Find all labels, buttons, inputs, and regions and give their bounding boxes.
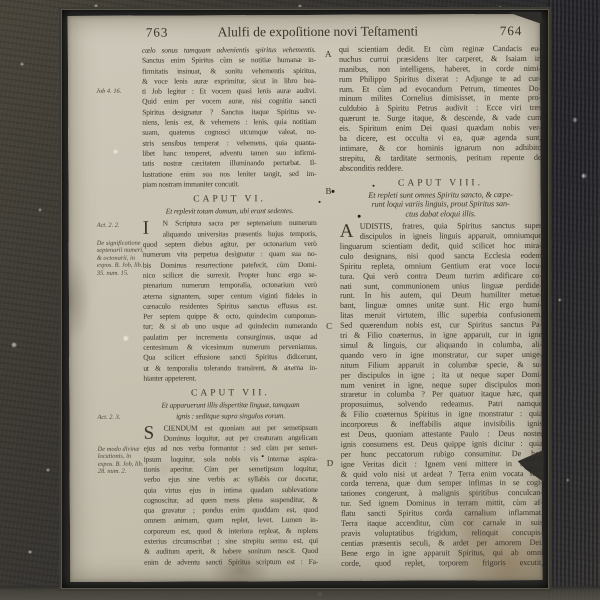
text-line: per hunc peccatorum rubigo consumitur. D… — [341, 449, 543, 460]
text-line: Bene ergo in igne apparuit Spiritus, qui… — [341, 548, 543, 559]
paragraph: cœlo sonus tamquam advenientis spiritus … — [142, 45, 317, 190]
ink-spot — [373, 185, 375, 187]
text-line: corde, quod replet, torporem frigoris ex… — [341, 557, 543, 568]
right-column: qui scientiam dedit. Et cùm reginæ Canda… — [339, 44, 543, 568]
text-line: Quid enim per vocem auræ, nisi cognitio … — [142, 96, 316, 107]
drop-cap: S — [144, 423, 155, 442]
text-line: firmitatis insinuat, & sonitu vehementis… — [142, 66, 316, 77]
text-line: Sanctus enim Spiritus cùm se notitiæ hum… — [142, 55, 316, 66]
ink-spot — [262, 455, 264, 457]
text-line: cœnaculo residentes Spiritus sanctus eff… — [143, 301, 317, 312]
text-line: intimare, & cor hominis ignarum non adhi… — [339, 143, 541, 154]
text-line: Qua scilicet effusione sancti Spiritus d… — [143, 352, 317, 363]
text-line: igne Veritas dicit : Ignem veni mittere … — [341, 459, 543, 470]
text-line: numerum vita perpetua designatur : quam … — [143, 249, 317, 260]
text-line: ti Job legitur : Et vocem quasi lenis au… — [142, 86, 316, 97]
text-line: tionis aperitur. Cùm per semetipsum loqu… — [144, 464, 318, 475]
text-line: exterius circumscribat ; sine strepitu s… — [144, 536, 318, 547]
text-line: ignis consumens est. Deus quippe ignis d… — [341, 439, 543, 450]
text-line: ejus ad nos verba formantur : sed cùm pe… — [144, 443, 318, 454]
text-line: ignis : seditque supra singulos eorum. — [143, 410, 317, 421]
paragraph: IN Scriptura sacra per septenarium numer… — [143, 218, 318, 384]
chapter-epigraph: Et repleti sunt omnes Spiritu sancto, & … — [340, 190, 542, 221]
text-line: absconditis reddere. — [339, 163, 541, 174]
text-line: tur; & si ab uno usque ad quindecim nume… — [143, 321, 317, 332]
header-title: Alulfi de expoſitione novi Teſtamenti — [168, 23, 468, 40]
gutter-letter: D — [327, 458, 334, 468]
text-line: nico scilicet die surrexit. Propter hunc… — [143, 270, 317, 281]
frame-right-rail — [548, 0, 600, 600]
margin-note: De significatione septenarii numeri, & o… — [97, 240, 144, 277]
text-line: N Scriptura sacra per septenarium numeru… — [143, 218, 317, 229]
text-line: nuchus currui præsidens iter carperet, &… — [339, 54, 541, 65]
text-line: quando vero in igne monstratur, cur supe… — [340, 350, 542, 361]
text-line: Et repleti sunt omnes Spiritu sancto, & … — [340, 190, 542, 201]
gutter-letter: C — [326, 321, 332, 331]
text-line: niens, lenis est, & vehemens : lenis, qu… — [142, 117, 316, 128]
margin-note: Act. 2. 2. — [97, 222, 144, 230]
ink-spot — [319, 201, 321, 203]
chapter-epigraph: Et apparuerunt illis dispertitæ linguæ, … — [143, 400, 317, 421]
text-line: centias præsentis seculi, & ardet per am… — [341, 538, 543, 549]
drop-cap: A — [340, 222, 354, 241]
text-line: Per septem quippe & octo, quindecim comp… — [143, 311, 317, 322]
text-line: æterna signantem, super centum viginti f… — [143, 290, 317, 301]
text-line: Dominus loquitur, aut per creaturam ange… — [144, 433, 318, 444]
text-line: manibus, non intelligens, haberet, in co… — [339, 64, 541, 75]
text-line: strepitu, & tarditate sermonis, peritum … — [339, 153, 541, 164]
gutter-letter: A — [325, 49, 332, 59]
text-line: stris sensibus temperat : vehemens, quia… — [142, 138, 316, 149]
margin-note: Job 4. 16. — [96, 88, 143, 96]
text-line: nitum Filium apparuit in columbæ specie,… — [340, 360, 542, 371]
text-line: Et apparuerunt illis dispertitæ linguæ, … — [143, 400, 317, 411]
paragraph: AUDISTIS, fratres, quia Spiritus sanctus… — [340, 221, 544, 568]
text-line: cœlo sonus tamquam advenientis spiritus … — [142, 45, 316, 56]
text-line: Spiritus designatur ? Sanctus itaque Spi… — [142, 107, 316, 118]
gutter-letter: B — [326, 186, 332, 196]
text-line: ctus dabat eloqui illis. — [340, 209, 542, 220]
text-line: bis Dominus resurrectione patefecit, cùm… — [143, 260, 317, 271]
page-number-right: 764 — [500, 23, 523, 39]
text-line: omnem animam, quam replet, levet. Lumen … — [144, 515, 318, 526]
text-line: per discipulos in igne ; ita ut neque su… — [340, 370, 542, 381]
text-line: hianter appeterent. — [143, 373, 317, 384]
ink-spot — [358, 215, 361, 218]
text-line: verbo ejus sine verbis ac syllabis cor d… — [144, 474, 318, 485]
chapter-heading: CAPUT VII. — [143, 388, 317, 399]
text-line: quod septem diebus agitur, per octonariu… — [143, 239, 317, 250]
margin-note: Act. 2. 3. — [98, 414, 145, 422]
text-line: quia virtus ejus in intima quadam sublev… — [144, 485, 318, 496]
ink-spot — [332, 190, 335, 193]
text-line: enim de adventu sancti Spiritus scriptum… — [144, 557, 318, 568]
text-line: & voce lenis auræ exprimitur, sicut in l… — [142, 76, 316, 87]
page-number-left: 763 — [146, 25, 169, 41]
text-line: aliquando universitas præsentis hujus te… — [143, 229, 317, 240]
text-line: CIENDUM est quoniam aut per semetipsum — [144, 423, 318, 434]
paragraph: qui scientiam dedit. Et cùm reginæ Canda… — [339, 44, 542, 173]
text-line: paulatim per incrementa consurgimus, usq… — [143, 332, 317, 343]
text-line: est Deus, quoniam attestante Paulo : Deu… — [341, 429, 543, 440]
text-line: libet hanc temperet, adventu tamen suo i… — [142, 148, 316, 159]
text-line: cognoscitur, ad quem mens plena suspendi… — [144, 495, 318, 506]
frame-bottom-rail — [0, 586, 600, 600]
text-line: corporeum est, quod & interiora repleat,… — [144, 526, 318, 537]
margin-note: De modo divinæ locutionis, in expos. B. … — [98, 446, 145, 476]
text-line: pravis voluptatibus frigidum, relinquit … — [341, 528, 543, 539]
paragraph: SCIENDUM est quoniam aut per semetipsumD… — [144, 423, 319, 568]
text-line: tura. Qui verò contra Deum turrim ædific… — [340, 271, 542, 282]
text-line: & auditum aperit, & habere sonitum nesci… — [144, 546, 318, 557]
left-column: cœlo sonus tamquam advenientis spiritus … — [142, 45, 318, 568]
text-line: suam, quatenus cognosci utcumque valeat,… — [142, 127, 316, 138]
text-line: ut & temporalia tolerando transirent, & … — [143, 363, 317, 374]
frame-opening: 763 Alulfi de expoſitione novi Teſtament… — [62, 10, 548, 588]
text-line: Et replevit totam domum, ubi erant seden… — [143, 206, 317, 217]
text-line: ptenarium numerum temporalia, octonarium… — [143, 280, 317, 291]
chapter-heading: CAPUT VI. — [143, 194, 317, 205]
text-line: Spiritu repleta, omnium Gentium erat voc… — [340, 261, 542, 272]
text-line: simul & linguis, cur aliquando in columb… — [340, 340, 542, 351]
text-line: rum Philippo Spiritus dixerat : Adjunge … — [339, 74, 541, 85]
text-line: tatis nostræ cæcitatem illuminando pertu… — [142, 158, 316, 169]
book-page: 763 Alulfi de expoſitione novi Teſtament… — [68, 14, 542, 582]
chapter-heading: CAPUT VIII. — [339, 178, 541, 189]
chapter-epigraph: Et replevit totam domum, ubi erant seden… — [143, 206, 317, 217]
text-line: piam nostram immaniter concutit. — [142, 179, 316, 190]
text-line: centesimum & vicesimum numerum perveniam… — [143, 342, 317, 353]
text-line: ipsum loquitur, sola nobis vis internæ a… — [144, 454, 318, 465]
text-line: culo designans, nisi quod sancta Ecclesi… — [340, 251, 542, 262]
text-line: qua gravatur ; pondus enim quoddam est, … — [144, 505, 318, 516]
text-line: lustratione enim sua nos leniter tangit,… — [142, 169, 316, 180]
